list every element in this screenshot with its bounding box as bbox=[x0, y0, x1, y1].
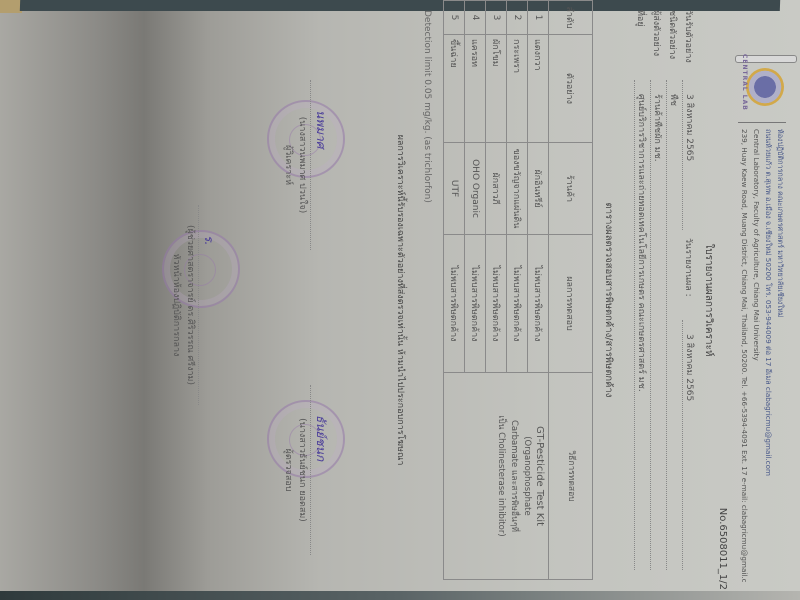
signer-name: (นางสาวนพมาศ ปวนใจ) bbox=[296, 70, 310, 260]
received-date-value: 3 สิงหาคม 2565 bbox=[682, 80, 697, 230]
signature-line: นพมาศ bbox=[310, 80, 332, 250]
signature-analyst: นพมาศ (นางสาวนพมาศ ปวนใจ) ผู้วิเคราะห์ bbox=[282, 70, 332, 260]
sender-label: ผู้ส่งตัวอย่าง bbox=[650, 10, 664, 80]
letterhead-line-1: ห้องปฏิบัติการกลาง คณะเกษตรศาสตร์ มหาวิท… bbox=[774, 129, 786, 582]
detection-limit: Detection limit 0.05 mg/kg. (as trichlor… bbox=[422, 10, 432, 203]
cell-shop: OHO Organic bbox=[465, 143, 486, 235]
disclaimer-note: ผลการวิเคราะห์นี้รับรองเฉพาะตัวอย่างที่ส… bbox=[394, 0, 408, 600]
method-line-3: Carbamate และสารพิษอื่นๆที่ bbox=[507, 377, 520, 575]
document-number: No.6508011_1/2 bbox=[717, 508, 728, 590]
sample-type-value: พืช bbox=[666, 80, 681, 570]
cell-result: ไม่พบสารพิษตกค้าง bbox=[465, 235, 486, 373]
report-document: CENTRAL LAB ห้องปฏิบัติการกลาง คณะเกษตรศ… bbox=[0, 0, 800, 600]
letterhead-line-4: 239, Huay Kaew Road, Muang District, Chi… bbox=[738, 129, 750, 582]
cell-sample: แครอท bbox=[465, 35, 486, 143]
sender-value: ร้านค้าพืชผัก มช. bbox=[650, 80, 665, 570]
cell-method: GT-Pesticide Test Kit (Organophosphate C… bbox=[444, 373, 549, 580]
cell-shop: ของขวัญจากแผ่นดิน bbox=[507, 143, 528, 235]
method-line-2: (Organophosphate bbox=[520, 377, 533, 575]
signature-line: ธันย์ชนก bbox=[310, 385, 332, 555]
signature-line: ร. bbox=[198, 205, 220, 405]
signature-scrawl: นพมาศ bbox=[311, 110, 330, 148]
signature-checker: ธันย์ชนก (นางสาวธันย์ชนก ยอดสม) ผู้ตรวจส… bbox=[282, 375, 332, 565]
sample-type-label: ชนิดตัวอย่าง bbox=[666, 10, 680, 80]
letterhead: CENTRAL LAB ห้องปฏิบัติการกลาง คณะเกษตรศ… bbox=[732, 60, 792, 580]
cell-result: ไม่พบสารพิษตกค้าง bbox=[507, 235, 528, 373]
signer-role: ผู้วิเคราะห์ bbox=[282, 70, 296, 260]
cell-sample: ผักโขม bbox=[486, 35, 507, 143]
cell-result: ไม่พบสารพิษตกค้าง bbox=[528, 235, 549, 373]
cell-result: ไม่พบสารพิษตกค้าง bbox=[486, 235, 507, 373]
field-row-sender: ผู้ส่งตัวอย่าง ร้านค้าพืชผัก มช. bbox=[650, 10, 666, 570]
address-label: ที่อยู่ bbox=[634, 10, 648, 80]
table-header-row: ลำดับ ตัวอย่าง ร้านค้า ผลการทดสอบ วิธีกา… bbox=[549, 1, 593, 580]
header-method: วิธีการทดสอบ bbox=[549, 373, 593, 580]
signer-name: (ผู้ช่วยศาสตราจารย์ ดร.ศิริวรรณ ศรีงาม) bbox=[184, 195, 198, 415]
emblem-icon bbox=[746, 68, 784, 106]
address-value: ศูนย์บริการวิชาการและถ่ายทอดเทคโนโลยีการ… bbox=[634, 80, 649, 570]
method-line-4: เป็น Cholinesterase inhibitor) bbox=[494, 377, 507, 575]
header-no: ลำดับ bbox=[549, 1, 593, 35]
field-row-dates: วันรับตัวอย่าง 3 สิงหาคม 2565 วันรายงานผ… bbox=[682, 10, 698, 570]
table-title: ตารางผลตรวจสอบสารพิษตกค้าง/สารพิษตกค้าง bbox=[601, 0, 616, 600]
cell-sample: กระเพรา bbox=[507, 35, 528, 143]
signature-scrawl: ร. bbox=[199, 235, 218, 245]
method-line-1: GT-Pesticide Test Kit bbox=[533, 377, 546, 575]
signer-name: (นางสาวธันย์ชนก ยอดสม) bbox=[296, 375, 310, 565]
cell-sample: ขึ้นฉ่าย bbox=[444, 35, 465, 143]
cell-shop: ผักสาวภี bbox=[486, 143, 507, 235]
report-date-label: วันรายงานผล : bbox=[682, 230, 696, 320]
table-row: 1 แตงกวา ผักอินทรีย์ ไม่พบสารพิษตกค้าง G… bbox=[528, 1, 549, 580]
signature-head: ร. (ผู้ช่วยศาสตราจารย์ ดร.ศิริวรรณ ศรีงา… bbox=[170, 195, 220, 415]
header-sample: ตัวอย่าง bbox=[549, 35, 593, 143]
cell-no: 5 bbox=[444, 1, 465, 35]
cell-shop: UTF bbox=[444, 143, 465, 235]
cell-shop: ผักอินทรีย์ bbox=[528, 143, 549, 235]
signer-role: หัวหน้าห้องปฏิบัติการกลาง bbox=[170, 195, 184, 415]
received-date-label: วันรับตัวอย่าง bbox=[682, 10, 696, 80]
university-logo: CENTRAL LAB bbox=[736, 54, 792, 114]
signature-scrawl: ธันย์ชนก bbox=[311, 415, 330, 461]
cell-result: ไม่พบสารพิษตกค้าง bbox=[444, 235, 465, 373]
report-date-value: 3 สิงหาคม 2565 bbox=[682, 320, 697, 570]
header-shop: ร้านค้า bbox=[549, 143, 593, 235]
document-title: ใบรายงานผลการวิเคราะห์ bbox=[701, 0, 716, 600]
sample-info: วันรับตัวอย่าง 3 สิงหาคม 2565 วันรายงานผ… bbox=[634, 10, 698, 570]
signer-role: ผู้ตรวจสอบ bbox=[282, 375, 296, 565]
cell-no: 4 bbox=[465, 1, 486, 35]
logo-text: CENTRAL LAB bbox=[741, 54, 748, 111]
cell-no: 3 bbox=[486, 1, 507, 35]
letterhead-line-2: ถนนห้วยแก้ว ต.สุเทพ อ.เมือง จ.เชียงใหม่ … bbox=[762, 129, 774, 582]
cell-sample: แตงกวา bbox=[528, 35, 549, 143]
cell-no: 2 bbox=[507, 1, 528, 35]
field-row-type: ชนิดตัวอย่าง พืช bbox=[666, 10, 682, 570]
letterhead-text: ห้องปฏิบัติการกลาง คณะเกษตรศาสตร์ มหาวิท… bbox=[738, 122, 786, 582]
header-result: ผลการทดสอบ bbox=[549, 235, 593, 373]
results-table: ลำดับ ตัวอย่าง ร้านค้า ผลการทดสอบ วิธีกา… bbox=[443, 0, 593, 580]
letterhead-line-3: Central Laboratory, Faculty of Agricultu… bbox=[750, 129, 762, 582]
cell-no: 1 bbox=[528, 1, 549, 35]
field-row-address: ที่อยู่ ศูนย์บริการวิชาการและถ่ายทอดเทคโ… bbox=[634, 10, 650, 570]
